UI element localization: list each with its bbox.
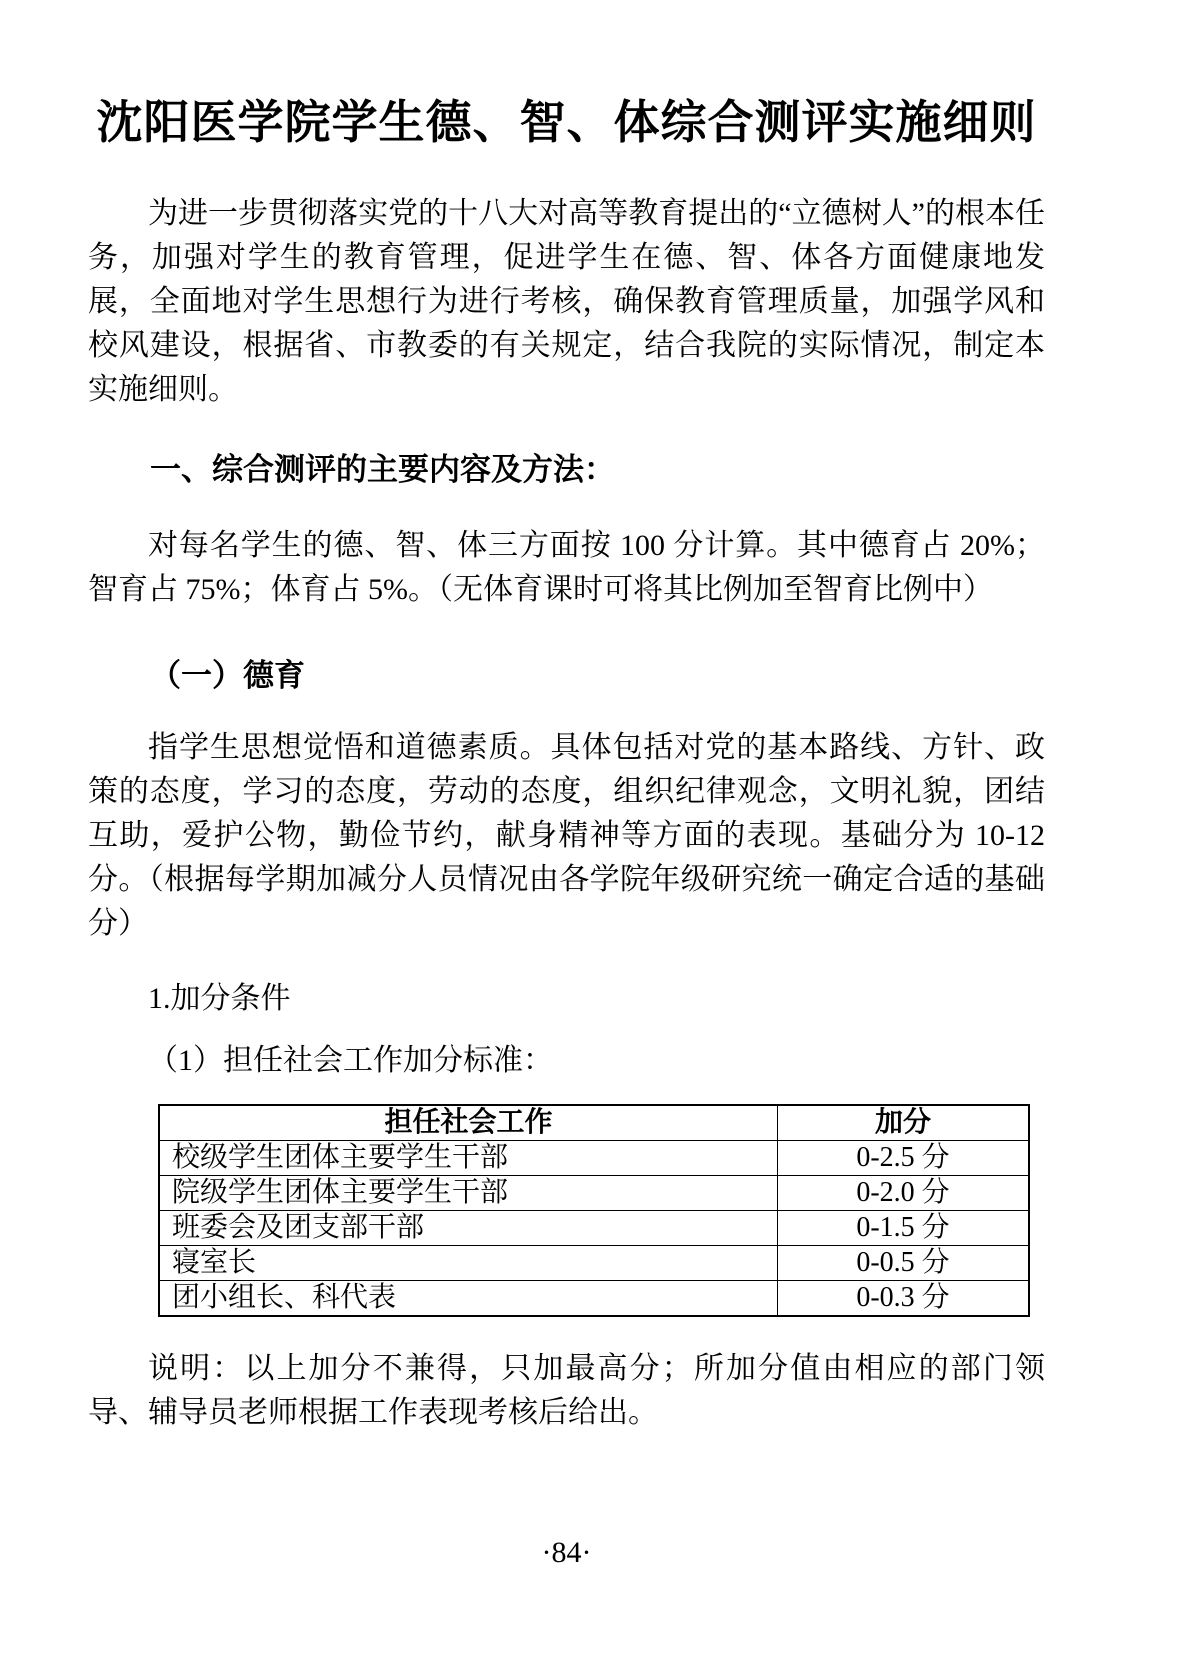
table-cell-score: 0-1.5 分 xyxy=(778,1211,1030,1246)
table-cell-score: 0-0.5 分 xyxy=(778,1246,1030,1281)
subsection-heading-moral-education: （一）德育 xyxy=(88,656,1045,696)
table-cell-score: 0-2.5 分 xyxy=(778,1141,1030,1176)
table-cell-role: 寝室长 xyxy=(159,1246,778,1281)
document-page: 沈阳医学院学生德、智、体综合测评实施细则 为进一步贯彻落实党的十八大对高等教育提… xyxy=(0,0,1190,1670)
social-work-bonus-table: 担任社会工作 加分 校级学生团体主要学生干部 0-2.5 分 院级学生团体主要学… xyxy=(158,1104,1030,1317)
social-work-standard-label: （1）担任社会工作加分标准： xyxy=(88,1044,1045,1078)
table-cell-role: 班委会及团支部干部 xyxy=(159,1211,778,1246)
table-row: 班委会及团支部干部 0-1.5 分 xyxy=(159,1211,1029,1246)
score-composition-paragraph: 对每名学生的德、智、体三方面按 100 分计算。其中德育占 20%；智育占 75… xyxy=(88,524,1045,612)
table-cell-role: 团小组长、科代表 xyxy=(159,1281,778,1317)
table-header-bonus: 加分 xyxy=(778,1105,1030,1141)
table-cell-role: 院级学生团体主要学生干部 xyxy=(159,1176,778,1211)
moral-education-description: 指学生思想觉悟和道德素质。具体包括对党的基本路线、方针、政策的态度，学习的态度，… xyxy=(88,726,1045,946)
table-row: 寝室长 0-0.5 分 xyxy=(159,1246,1029,1281)
page-number: ·84· xyxy=(88,1535,1045,1571)
bonus-conditions-label: 1.加分条件 xyxy=(88,982,1045,1016)
intro-paragraph: 为进一步贯彻落实党的十八大对高等教育提出的“立德树人”的根本任务，加强对学生的教… xyxy=(88,192,1045,412)
table-cell-score: 0-0.3 分 xyxy=(778,1281,1030,1317)
table-header-row: 担任社会工作 加分 xyxy=(159,1105,1029,1141)
table-row: 校级学生团体主要学生干部 0-2.5 分 xyxy=(159,1141,1029,1176)
note-paragraph: 说明：以上加分不兼得，只加最高分；所加分值由相应的部门领导、辅导员老师根据工作表… xyxy=(88,1347,1045,1435)
table-header-social-work: 担任社会工作 xyxy=(159,1105,778,1141)
section-heading-main-content: 一、综合测评的主要内容及方法： xyxy=(88,450,1045,490)
table-row: 团小组长、科代表 0-0.3 分 xyxy=(159,1281,1029,1317)
document-title: 沈阳医学院学生德、智、体综合测评实施细则 xyxy=(88,88,1045,158)
table-cell-score: 0-2.0 分 xyxy=(778,1176,1030,1211)
table-row: 院级学生团体主要学生干部 0-2.0 分 xyxy=(159,1176,1029,1211)
table-cell-role: 校级学生团体主要学生干部 xyxy=(159,1141,778,1176)
